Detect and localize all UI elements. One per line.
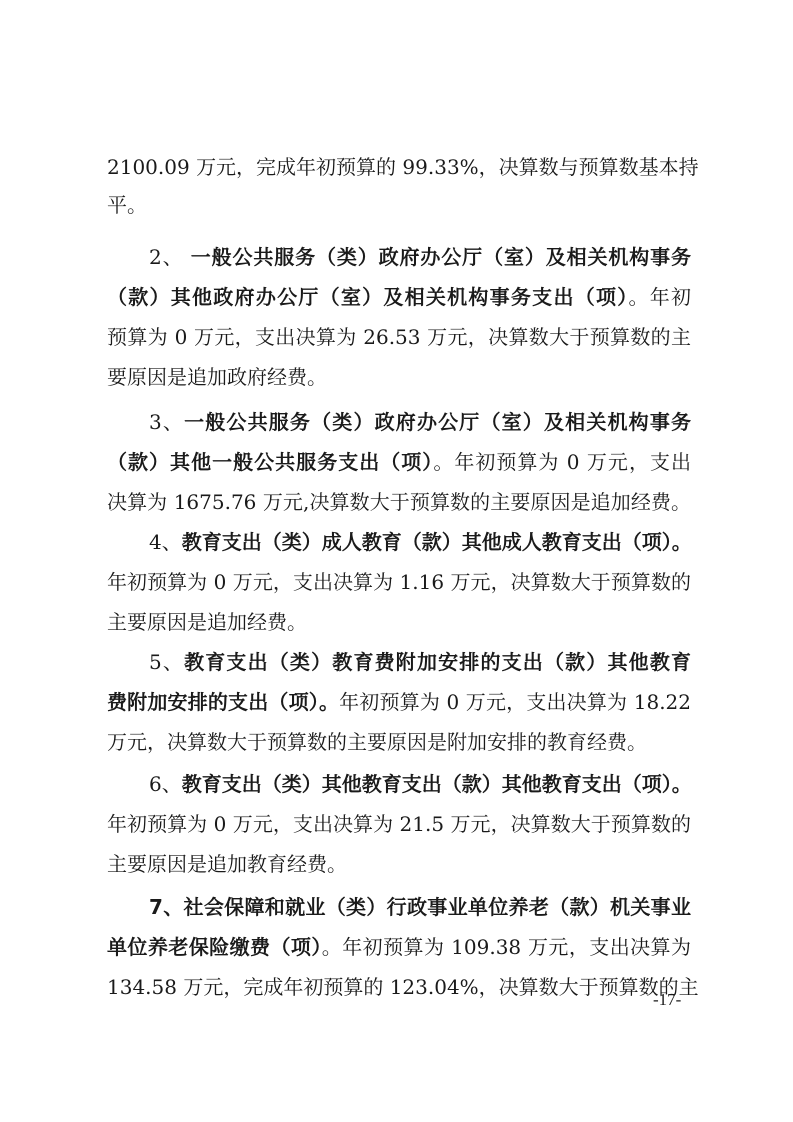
text-line: （款）其他一般公共服务支出（项）。年初预算为 0 万元，支出 xyxy=(107,445,691,479)
body-text: 5、 xyxy=(149,650,184,674)
bold-heading-text: （款）其他政府办公厅（室）及相关机构事务支出（项） xyxy=(107,285,628,309)
body-text: 年初预算为 0 万元，支出决算为 1.16 万元，决算数大于预算数的 xyxy=(107,570,691,594)
bold-heading-text: 教育支出（类）其他教育支出（款）其他教育支出（项）。 xyxy=(182,772,692,796)
text-line: 7、社会保障和就业（类）行政事业单位养老（款）机关事业 xyxy=(107,890,691,924)
body-text: 预算为 0 万元，支出决算为 26.53 万元，决算数大于预算数的主 xyxy=(107,325,691,349)
body-text: 3、 xyxy=(149,410,184,434)
body-text: 主要原因是追加经费。 xyxy=(107,610,307,634)
text-line: 2、 一般公共服务（类）政府办公厅（室）及相关机构事务 xyxy=(107,240,691,274)
text-line: 134.58 万元，完成年初预算的 123.04%，决算数大于预算数的主 xyxy=(107,970,691,1004)
bold-heading-text: 7、社会保障和就业（类）行政事业单位养老（款）机关事业 xyxy=(149,895,691,919)
page-number: -17- xyxy=(653,990,681,1010)
text-line: 主要原因是追加教育经费。 xyxy=(107,847,691,881)
bold-heading-text: 教育支出（类）成人教育（款）其他成人教育支出（项）。 xyxy=(182,530,692,554)
text-line: 5、教育支出（类）教育费附加安排的支出（款）其他教育 xyxy=(107,645,691,679)
text-line: 6、教育支出（类）其他教育支出（款）其他教育支出（项）。 xyxy=(107,767,691,801)
body-text: 要原因是追加政府经费。 xyxy=(107,365,327,389)
text-line: 万元，决算数大于预算数的主要原因是附加安排的教育经费。 xyxy=(107,725,691,759)
bold-heading-text: 教育支出（类）教育费附加安排的支出（款）其他教育 xyxy=(184,650,691,674)
bold-heading-text: 一般公共服务（类）政府办公厅（室）及相关机构事务 xyxy=(184,410,691,434)
text-line: 4、教育支出（类）成人教育（款）其他成人教育支出（项）。 xyxy=(107,525,691,559)
body-text: 年初预算为 0 万元，支出决算为 21.5 万元，决算数大于预算数的 xyxy=(107,812,691,836)
text-line: 2100.09 万元，完成年初预算的 99.33%，决算数与预算数基本持 xyxy=(107,150,691,184)
text-line: 预算为 0 万元，支出决算为 26.53 万元，决算数大于预算数的主 xyxy=(107,320,691,354)
body-text: 决算为 1675.76 万元,决算数大于预算数的主要原因是追加经费。 xyxy=(107,490,691,514)
text-line: 要原因是追加政府经费。 xyxy=(107,360,691,394)
body-text: 平。 xyxy=(107,193,147,217)
text-line: 单位养老保险缴费（项）。年初预算为 109.38 万元，支出决算为 xyxy=(107,930,691,964)
body-text: 主要原因是追加教育经费。 xyxy=(107,852,347,876)
body-text: 2、 xyxy=(149,245,191,269)
text-line: （款）其他政府办公厅（室）及相关机构事务支出（项）。年初 xyxy=(107,280,691,314)
body-text: 。年初 xyxy=(628,285,691,309)
body-text: 4、 xyxy=(149,530,182,554)
text-line: 3、一般公共服务（类）政府办公厅（室）及相关机构事务 xyxy=(107,405,691,439)
text-line: 主要原因是追加经费。 xyxy=(107,605,691,639)
text-line: 费附加安排的支出（项）。年初预算为 0 万元，支出决算为 18.22 xyxy=(107,685,691,719)
body-text: 万元，决算数大于预算数的主要原因是附加安排的教育经费。 xyxy=(107,730,647,754)
body-text: 年初预算为 0 万元，支出决算为 18.22 xyxy=(339,690,691,714)
body-text: 。年初预算为 109.38 万元，支出决算为 xyxy=(322,935,691,959)
body-text: 6、 xyxy=(149,772,182,796)
body-text: 134.58 万元，完成年初预算的 123.04%，决算数大于预算数的主 xyxy=(107,975,699,999)
text-line: 决算为 1675.76 万元,决算数大于预算数的主要原因是追加经费。 xyxy=(107,485,691,519)
bold-heading-text: （款）其他一般公共服务支出（项） xyxy=(107,450,433,474)
text-line: 年初预算为 0 万元，支出决算为 21.5 万元，决算数大于预算数的 xyxy=(107,807,691,841)
body-text: 。年初预算为 0 万元，支出 xyxy=(433,450,691,474)
bold-heading-text: 费附加安排的支出（项）。 xyxy=(107,690,339,714)
text-line: 平。 xyxy=(107,188,691,222)
bold-heading-text: 单位养老保险缴费（项） xyxy=(107,935,322,959)
bold-heading-text: 一般公共服务（类）政府办公厅（室）及相关机构事务 xyxy=(191,245,691,269)
body-text: 2100.09 万元，完成年初预算的 99.33%，决算数与预算数基本持 xyxy=(107,155,699,179)
text-line: 年初预算为 0 万元，支出决算为 1.16 万元，决算数大于预算数的 xyxy=(107,565,691,599)
